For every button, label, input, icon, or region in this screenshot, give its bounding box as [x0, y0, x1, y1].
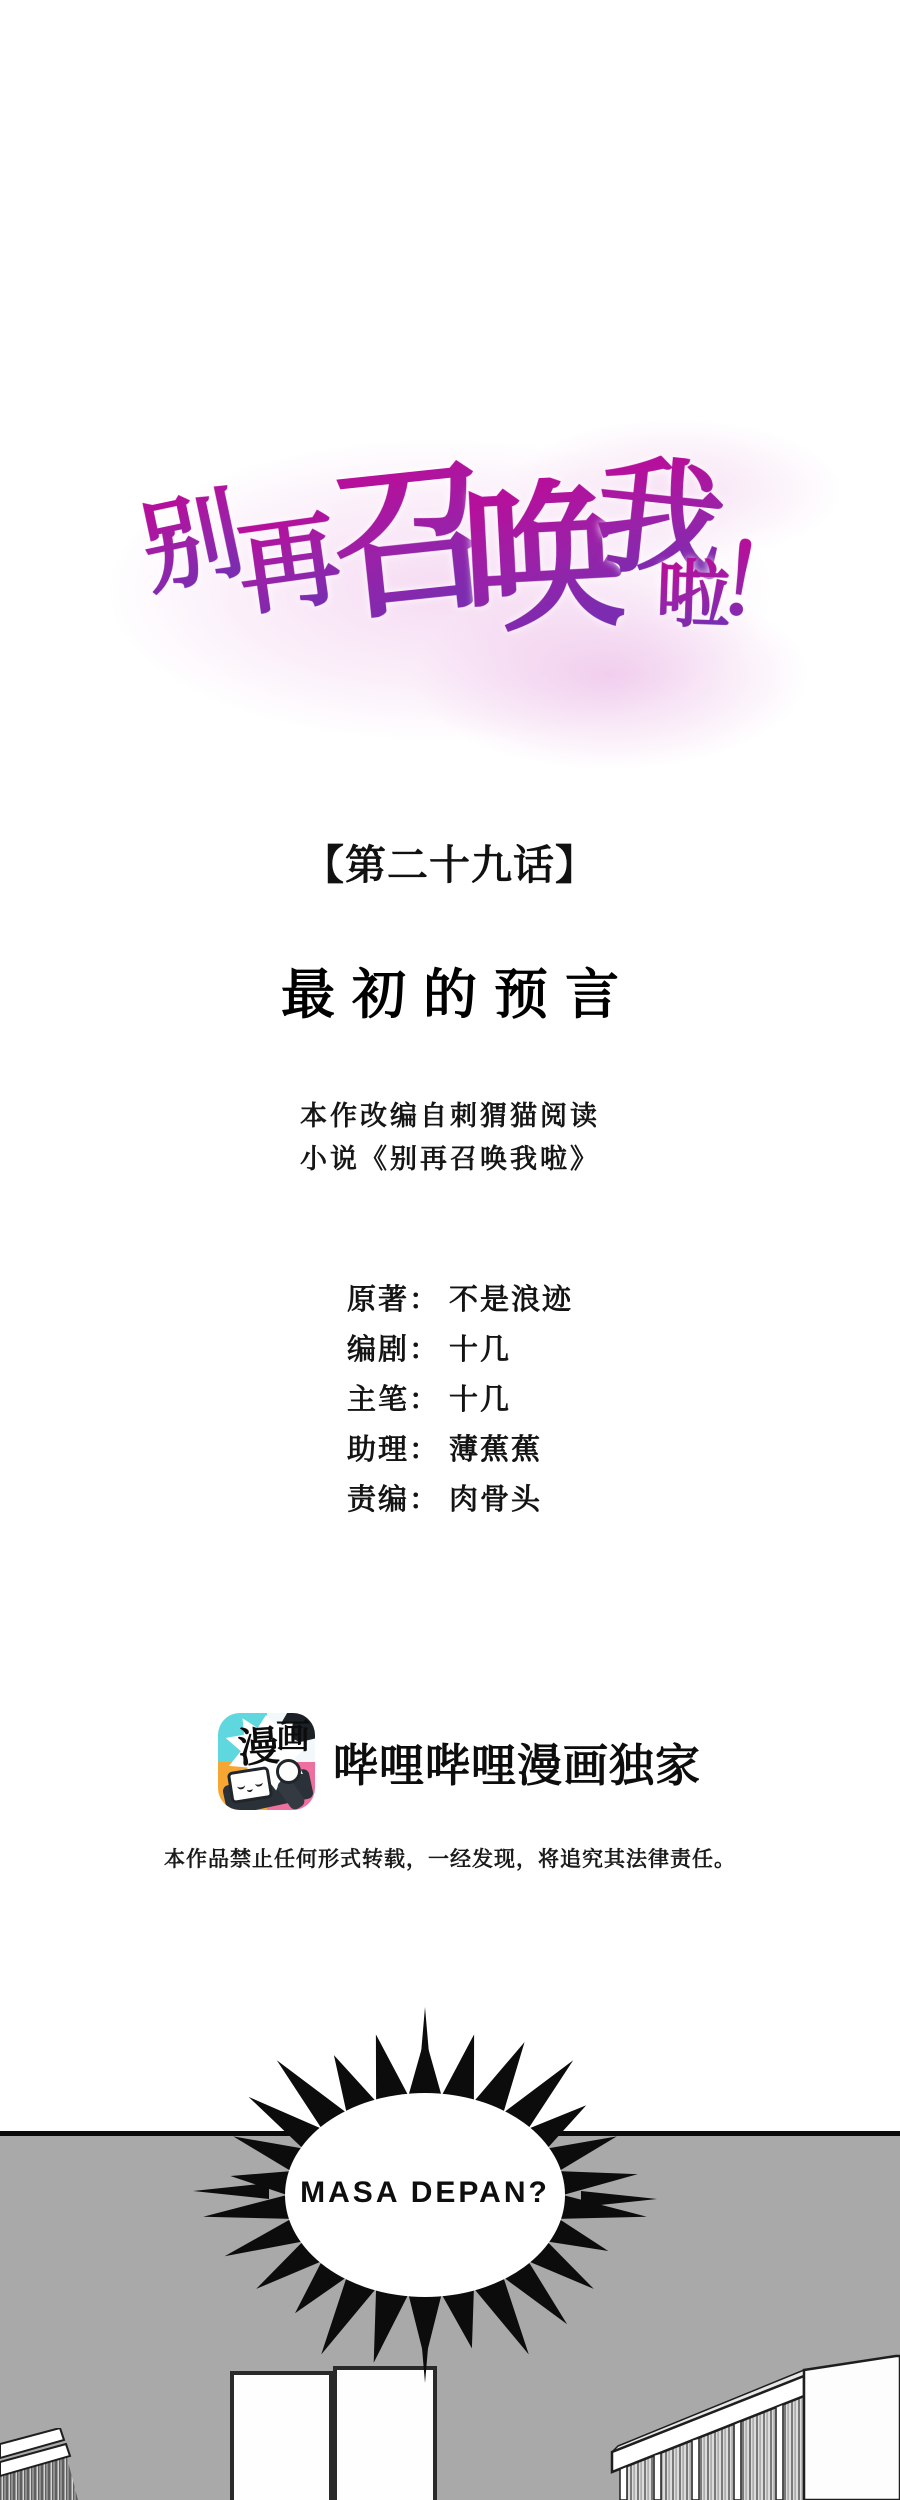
credit-name: 十几: [449, 1327, 511, 1368]
series-logo: 别 再 召 唤 我 啦 ！: [80, 410, 820, 780]
icon-text-char: 漫: [237, 1726, 281, 1770]
adaptation-line1: 本作改编自刺猬猫阅读: [0, 1095, 900, 1138]
bilibili-manga-app-icon: 漫 画: [218, 1713, 315, 1810]
adaptation-note: 本作改编自刺猬猫阅读 小说《别再召唤我啦》: [0, 1095, 900, 1181]
credit-row-assistant: 助理： 薄蕉蕉: [347, 1422, 573, 1472]
credit-row-screenwriter: 编剧： 十几: [347, 1322, 573, 1372]
credit-role: 原著：: [347, 1277, 449, 1318]
logo-char: ！: [710, 532, 818, 640]
credit-name: 肉骨头: [449, 1477, 542, 1518]
credit-name: 薄蕉蕉: [449, 1427, 542, 1468]
copyright-notice: 本作品禁止任何形式转载，一经发现，将追究其法律责任。: [0, 1843, 900, 1873]
credit-role: 助理：: [347, 1427, 449, 1468]
credit-row-lead-artist: 主笔： 十几: [347, 1372, 573, 1422]
adaptation-line2: 小说《别再召唤我啦》: [0, 1138, 900, 1181]
chapter-title: 最初的预言: [0, 952, 900, 1029]
chapter-label: 【第二十九话】: [0, 832, 900, 891]
bilibili-tv-mascot-icon: [227, 1766, 273, 1804]
credit-row-editor: 责编： 肉骨头: [347, 1472, 573, 1522]
pillar-shape: [333, 2366, 437, 2500]
icon-text-char: 画: [276, 1720, 310, 1754]
tv-eye: [237, 1782, 246, 1790]
publisher-name: 哔哩哔哩漫画独家: [333, 1729, 701, 1794]
publisher-row: 漫 画 哔哩哔哩漫画独家: [218, 1713, 701, 1810]
tv-eye: [254, 1779, 263, 1787]
comic-page: 别 再 召 唤 我 啦 ！ 【第二十九话】 最初的预言 本作改编自刺猬猫阅读 小…: [0, 0, 900, 2500]
credit-name: 十几: [449, 1377, 511, 1418]
speech-bubble-text: MASA DEPAN?: [185, 2176, 665, 2210]
tv-mouth: [246, 1786, 253, 1793]
pillar-shape: [230, 2371, 333, 2500]
credit-row-original-author: 原著： 不是浪迹: [347, 1272, 573, 1322]
credits-list: 原著： 不是浪迹 编剧： 十几 主笔： 十几 助理： 薄蕉蕉 责编： 肉骨头: [347, 1272, 573, 1522]
credit-role: 编剧：: [347, 1327, 449, 1368]
mascot-fist-shape: [276, 1759, 301, 1784]
bookshelf-left: [0, 2428, 96, 2500]
credit-role: 责编：: [347, 1477, 449, 1518]
credit-role: 主笔：: [347, 1377, 449, 1418]
credit-name: 不是浪迹: [449, 1277, 573, 1318]
